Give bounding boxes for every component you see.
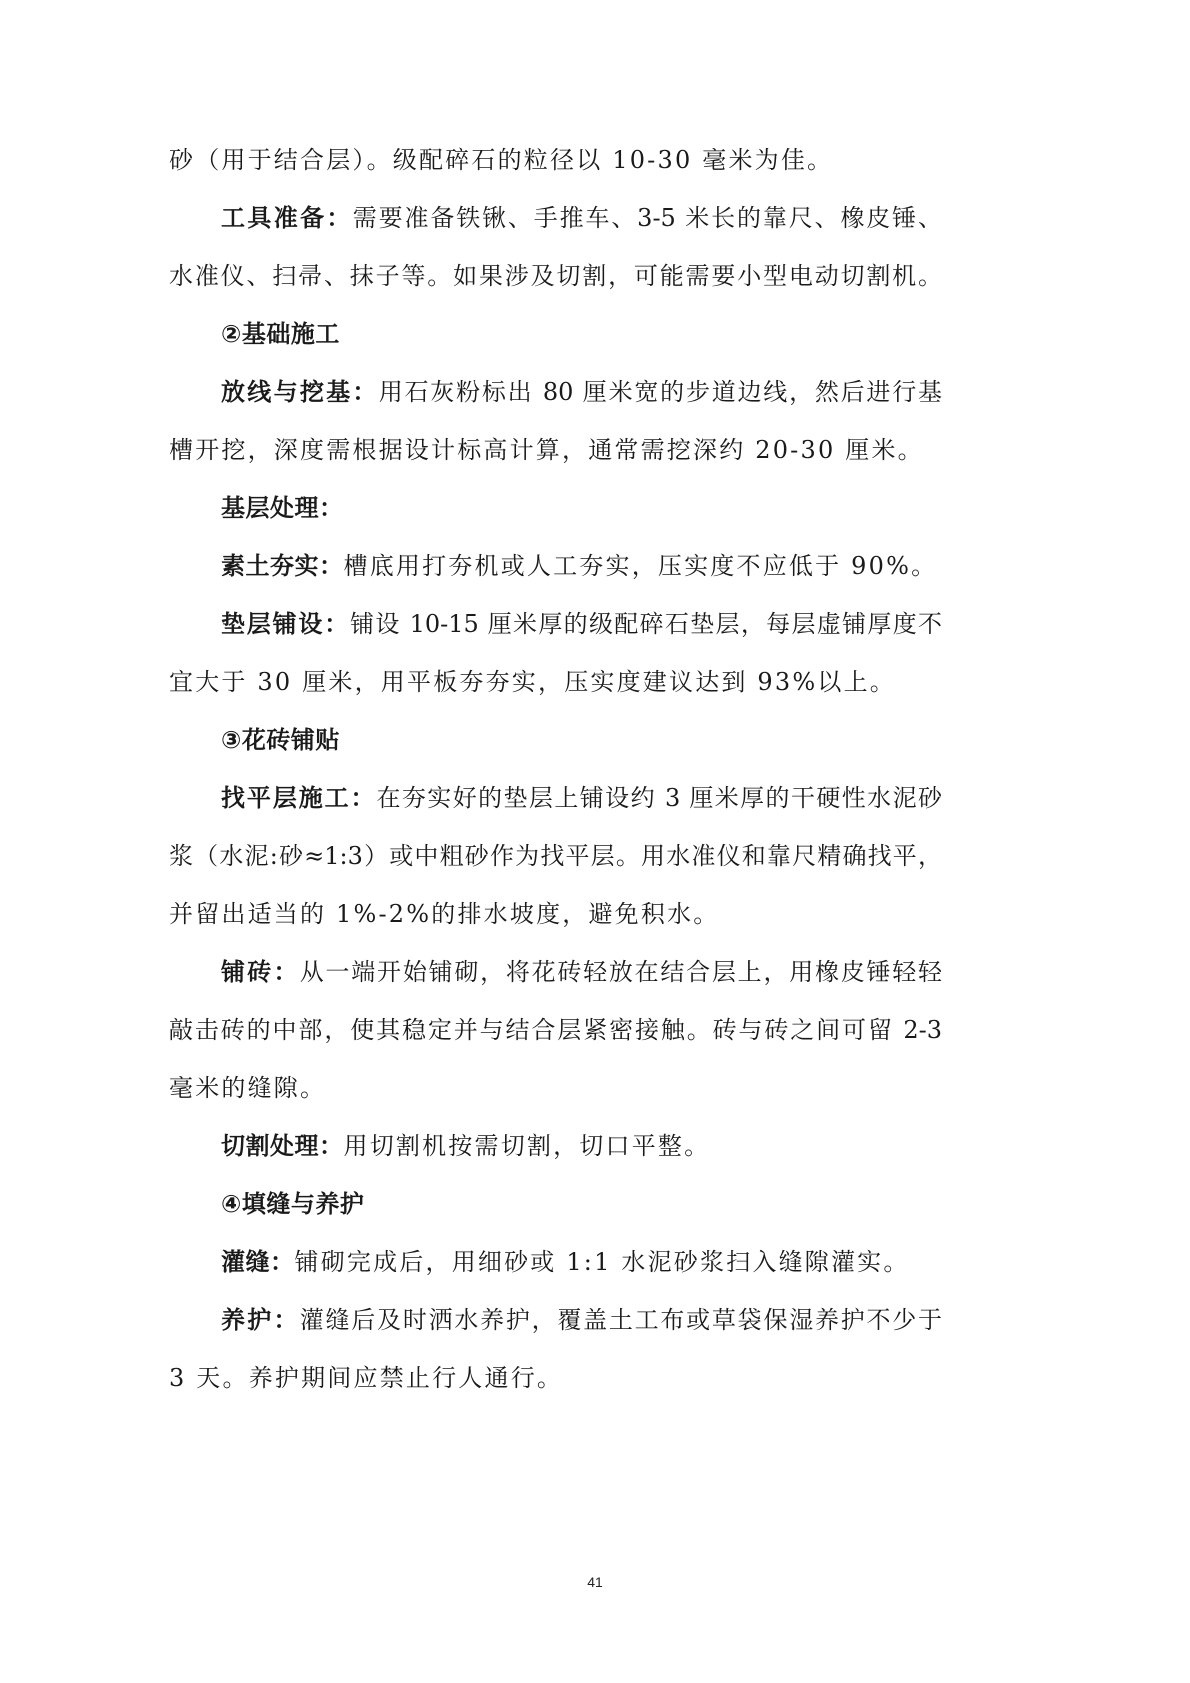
body-line: 毫米的缝隙。 (169, 1068, 942, 1108)
term-label: 切割处理： (221, 1132, 344, 1160)
body-text: 并留出适当的 1%-2%的排水坡度，避免积水。 (169, 900, 720, 928)
term-label: 养护： (221, 1306, 300, 1334)
body-text: 需要准备铁锹、手推车、3-5 米长的靠尺、橡皮锤、 (353, 204, 942, 232)
body-line: 宜大于 30 厘米，用平板夯夯实，压实度建议达到 93%以上。 (169, 662, 942, 702)
body-text: 用石灰粉标出 80 厘米宽的步道边线，然后进行基 (379, 378, 942, 406)
body-line: 槽开挖，深度需根据设计标高计算，通常需挖深约 20-30 厘米。 (169, 430, 942, 470)
body-text: 铺砌完成后，用细砂或 1:1 水泥砂浆扫入缝隙灌实。 (295, 1248, 910, 1276)
body-text: 槽开挖，深度需根据设计标高计算，通常需挖深约 20-30 厘米。 (169, 436, 924, 464)
term-label: 工具准备： (221, 204, 353, 232)
body-text: 3 天。养护期间应禁止行人通行。 (169, 1364, 563, 1392)
body-text: 铺设 10-15 厘米厚的级配碎石垫层，每层虚铺厚度不 (350, 610, 942, 638)
term-label: 灌缝： (221, 1248, 295, 1276)
paragraph-tool-preparation: 工具准备：需要准备铁锹、手推车、3-5 米长的靠尺、橡皮锤、 (169, 198, 942, 238)
term-label: 垫层铺设： (221, 610, 350, 638)
body-text: 毫米的缝隙。 (169, 1074, 326, 1102)
document-page: 砂（用于结合层）。级配碎石的粒径以 10-30 毫米为佳。 工具准备：需要准备铁… (0, 0, 1190, 1683)
paragraph-grouting: 灌缝：铺砌完成后，用细砂或 1:1 水泥砂浆扫入缝隙灌实。 (169, 1242, 942, 1282)
term-label: 找平层施工： (221, 784, 376, 812)
body-text: 灌缝后及时洒水养护，覆盖土工布或草袋保湿养护不少于 (300, 1306, 942, 1334)
paragraph-leveling-layer: 找平层施工：在夯实好的垫层上铺设约 3 厘米厚的干硬性水泥砂 (169, 778, 942, 818)
body-text: 砂（用于结合层）。级配碎石的粒径以 10-30 毫米为佳。 (169, 146, 833, 174)
term-label: 放线与挖基： (221, 378, 379, 406)
section-heading: ②基础施工 (221, 320, 340, 348)
paragraph-cutting: 切割处理：用切割机按需切割，切口平整。 (169, 1126, 942, 1166)
subheading-base-treatment: 基层处理： (169, 488, 942, 528)
body-text: 敲击砖的中部，使其稳定并与结合层紧密接触。砖与砖之间可留 2-3 (169, 1016, 942, 1044)
section-heading-foundation: ②基础施工 (169, 314, 942, 354)
section-heading-tile-laying: ③花砖铺贴 (169, 720, 942, 760)
section-heading: ④填缝与养护 (221, 1190, 364, 1218)
body-text: 用切割机按需切割，切口平整。 (344, 1132, 711, 1160)
section-heading: ③花砖铺贴 (221, 726, 340, 754)
body-text: 槽底用打夯机或人工夯实，压实度不应低于 90%。 (344, 552, 938, 580)
body-text: 从一端开始铺砌，将花砖轻放在结合层上，用橡皮锤轻轻 (300, 958, 942, 986)
paragraph-laying-bricks: 铺砖：从一端开始铺砌，将花砖轻放在结合层上，用橡皮锤轻轻 (169, 952, 942, 992)
body-text: 水准仪、扫帚、抹子等。如果涉及切割，可能需要小型电动切割机。 (169, 262, 942, 290)
paragraph-layout-excavation: 放线与挖基：用石灰粉标出 80 厘米宽的步道边线，然后进行基 (169, 372, 942, 412)
term-label: 基层处理： (221, 494, 344, 522)
body-text: 宜大于 30 厘米，用平板夯夯实，压实度建议达到 93%以上。 (169, 668, 896, 696)
paragraph-cushion-layer: 垫层铺设：铺设 10-15 厘米厚的级配碎石垫层，每层虚铺厚度不 (169, 604, 942, 644)
section-heading-joint-filling: ④填缝与养护 (169, 1184, 942, 1224)
body-line: 3 天。养护期间应禁止行人通行。 (169, 1358, 942, 1398)
body-text: 浆（水泥:砂≈1:3）或中粗砂作为找平层。用水准仪和靠尺精确找平， (169, 842, 942, 870)
body-line: 并留出适当的 1%-2%的排水坡度，避免积水。 (169, 894, 942, 934)
body-line: 水准仪、扫帚、抹子等。如果涉及切割，可能需要小型电动切割机。 (169, 256, 942, 296)
term-label: 素土夯实： (221, 552, 344, 580)
body-line: 砂（用于结合层）。级配碎石的粒径以 10-30 毫米为佳。 (169, 140, 942, 180)
body-text: 在夯实好的垫层上铺设约 3 厘米厚的干硬性水泥砂 (376, 784, 942, 812)
term-label: 铺砖： (221, 958, 300, 986)
body-line: 敲击砖的中部，使其稳定并与结合层紧密接触。砖与砖之间可留 2-3 (169, 1010, 942, 1050)
body-line: 浆（水泥:砂≈1:3）或中粗砂作为找平层。用水准仪和靠尺精确找平， (169, 836, 942, 876)
paragraph-curing: 养护：灌缝后及时洒水养护，覆盖土工布或草袋保湿养护不少于 (169, 1300, 942, 1340)
page-number: 41 (0, 1574, 1190, 1590)
paragraph-soil-compaction: 素土夯实：槽底用打夯机或人工夯实，压实度不应低于 90%。 (169, 546, 942, 586)
